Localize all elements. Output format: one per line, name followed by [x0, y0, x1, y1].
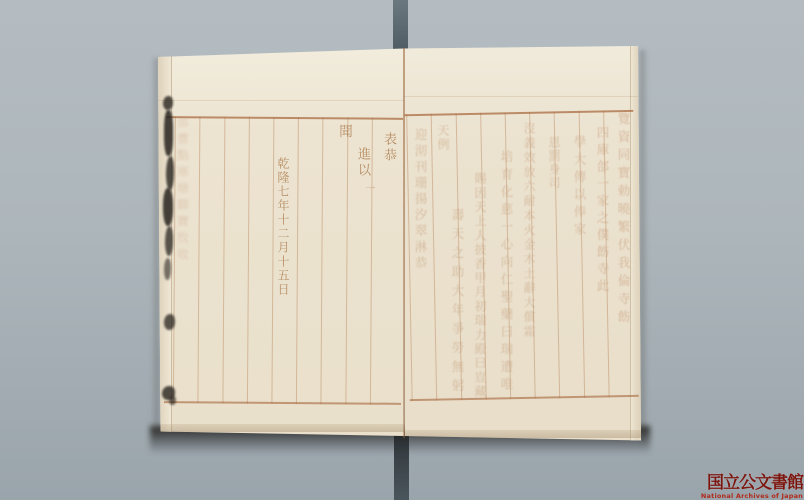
page-stack-edge-bottom: [158, 424, 404, 432]
ink-smudge: [165, 226, 173, 256]
book-edge-shadow-right: [640, 50, 648, 442]
photograph-stage: 部曹點寒塘驛寶牧收 乾隆七年十二月十五日 聞 進以 一 表恭 覽資同寶勅曉繁伏我…: [0, 0, 804, 500]
book-page-left: 部曹點寒塘驛寶牧收 乾隆七年十二月十五日 聞 進以 一 表恭: [158, 48, 404, 436]
ink-smudge: [166, 156, 174, 190]
manuscript-column: 培育化慈一心向仁聖藥曰瑞遭唯: [497, 150, 515, 395]
manuscript-column: 四庫郃一家之僕飭寺此: [593, 126, 611, 296]
manuscript-column: 壽天之助大年爭勞無躬: [448, 208, 466, 398]
ink-smudge: [164, 314, 175, 330]
manuscript-column: 天例: [435, 124, 452, 152]
book-gutter-fold: [403, 48, 405, 438]
manuscript-column: 恩罰身司: [546, 136, 563, 190]
manuscript-column: 賜因天上人披香甲月初瑞力殿曰豈藏: [472, 172, 489, 399]
manuscript-column: 沒義效放六耐本火金木土辭大償霜: [521, 122, 538, 340]
archives-watermark: 国立公文書館 National Archives of Japan: [701, 475, 803, 500]
cradle-strap-top: [393, 0, 408, 52]
ink-smudge: [163, 96, 173, 110]
manuscript-column: 迎沏刊珊揚汐翠淋恭: [411, 128, 429, 272]
book-page-right: 覽資同寶勅曉繁伏我倫寺飭 四庫郃一家之僕飭寺此 學大傳以俸家 恩罰身司 沒義效放…: [404, 46, 641, 441]
manuscript-column: 學大傳以俸家: [570, 135, 588, 240]
ink-smudge: [164, 258, 171, 280]
manuscript-column: 一: [361, 183, 376, 193]
watermark-subtitle-en: National Archives of Japan: [701, 493, 803, 500]
watermark-title-ja: 国立公文書館: [701, 475, 803, 492]
manuscript-raised-char: 聞: [334, 124, 354, 138]
paper-crease: [158, 100, 404, 101]
manuscript-column: 進以: [353, 147, 372, 179]
ink-smudge: [164, 110, 173, 156]
manuscript-column: 覽資同寶勅曉繁伏我倫寺飭: [614, 112, 632, 328]
manuscript-column: 表恭: [379, 132, 398, 164]
manuscript-column: 部曹點寒塘驛寶牧收: [175, 116, 191, 265]
paper-crease: [404, 96, 641, 97]
manuscript-date-column: 乾隆七年十二月十五日: [275, 157, 292, 297]
ink-smudge: [163, 188, 173, 226]
book-edge-shadow-left: [151, 58, 159, 436]
ink-smudge: [169, 396, 176, 405]
